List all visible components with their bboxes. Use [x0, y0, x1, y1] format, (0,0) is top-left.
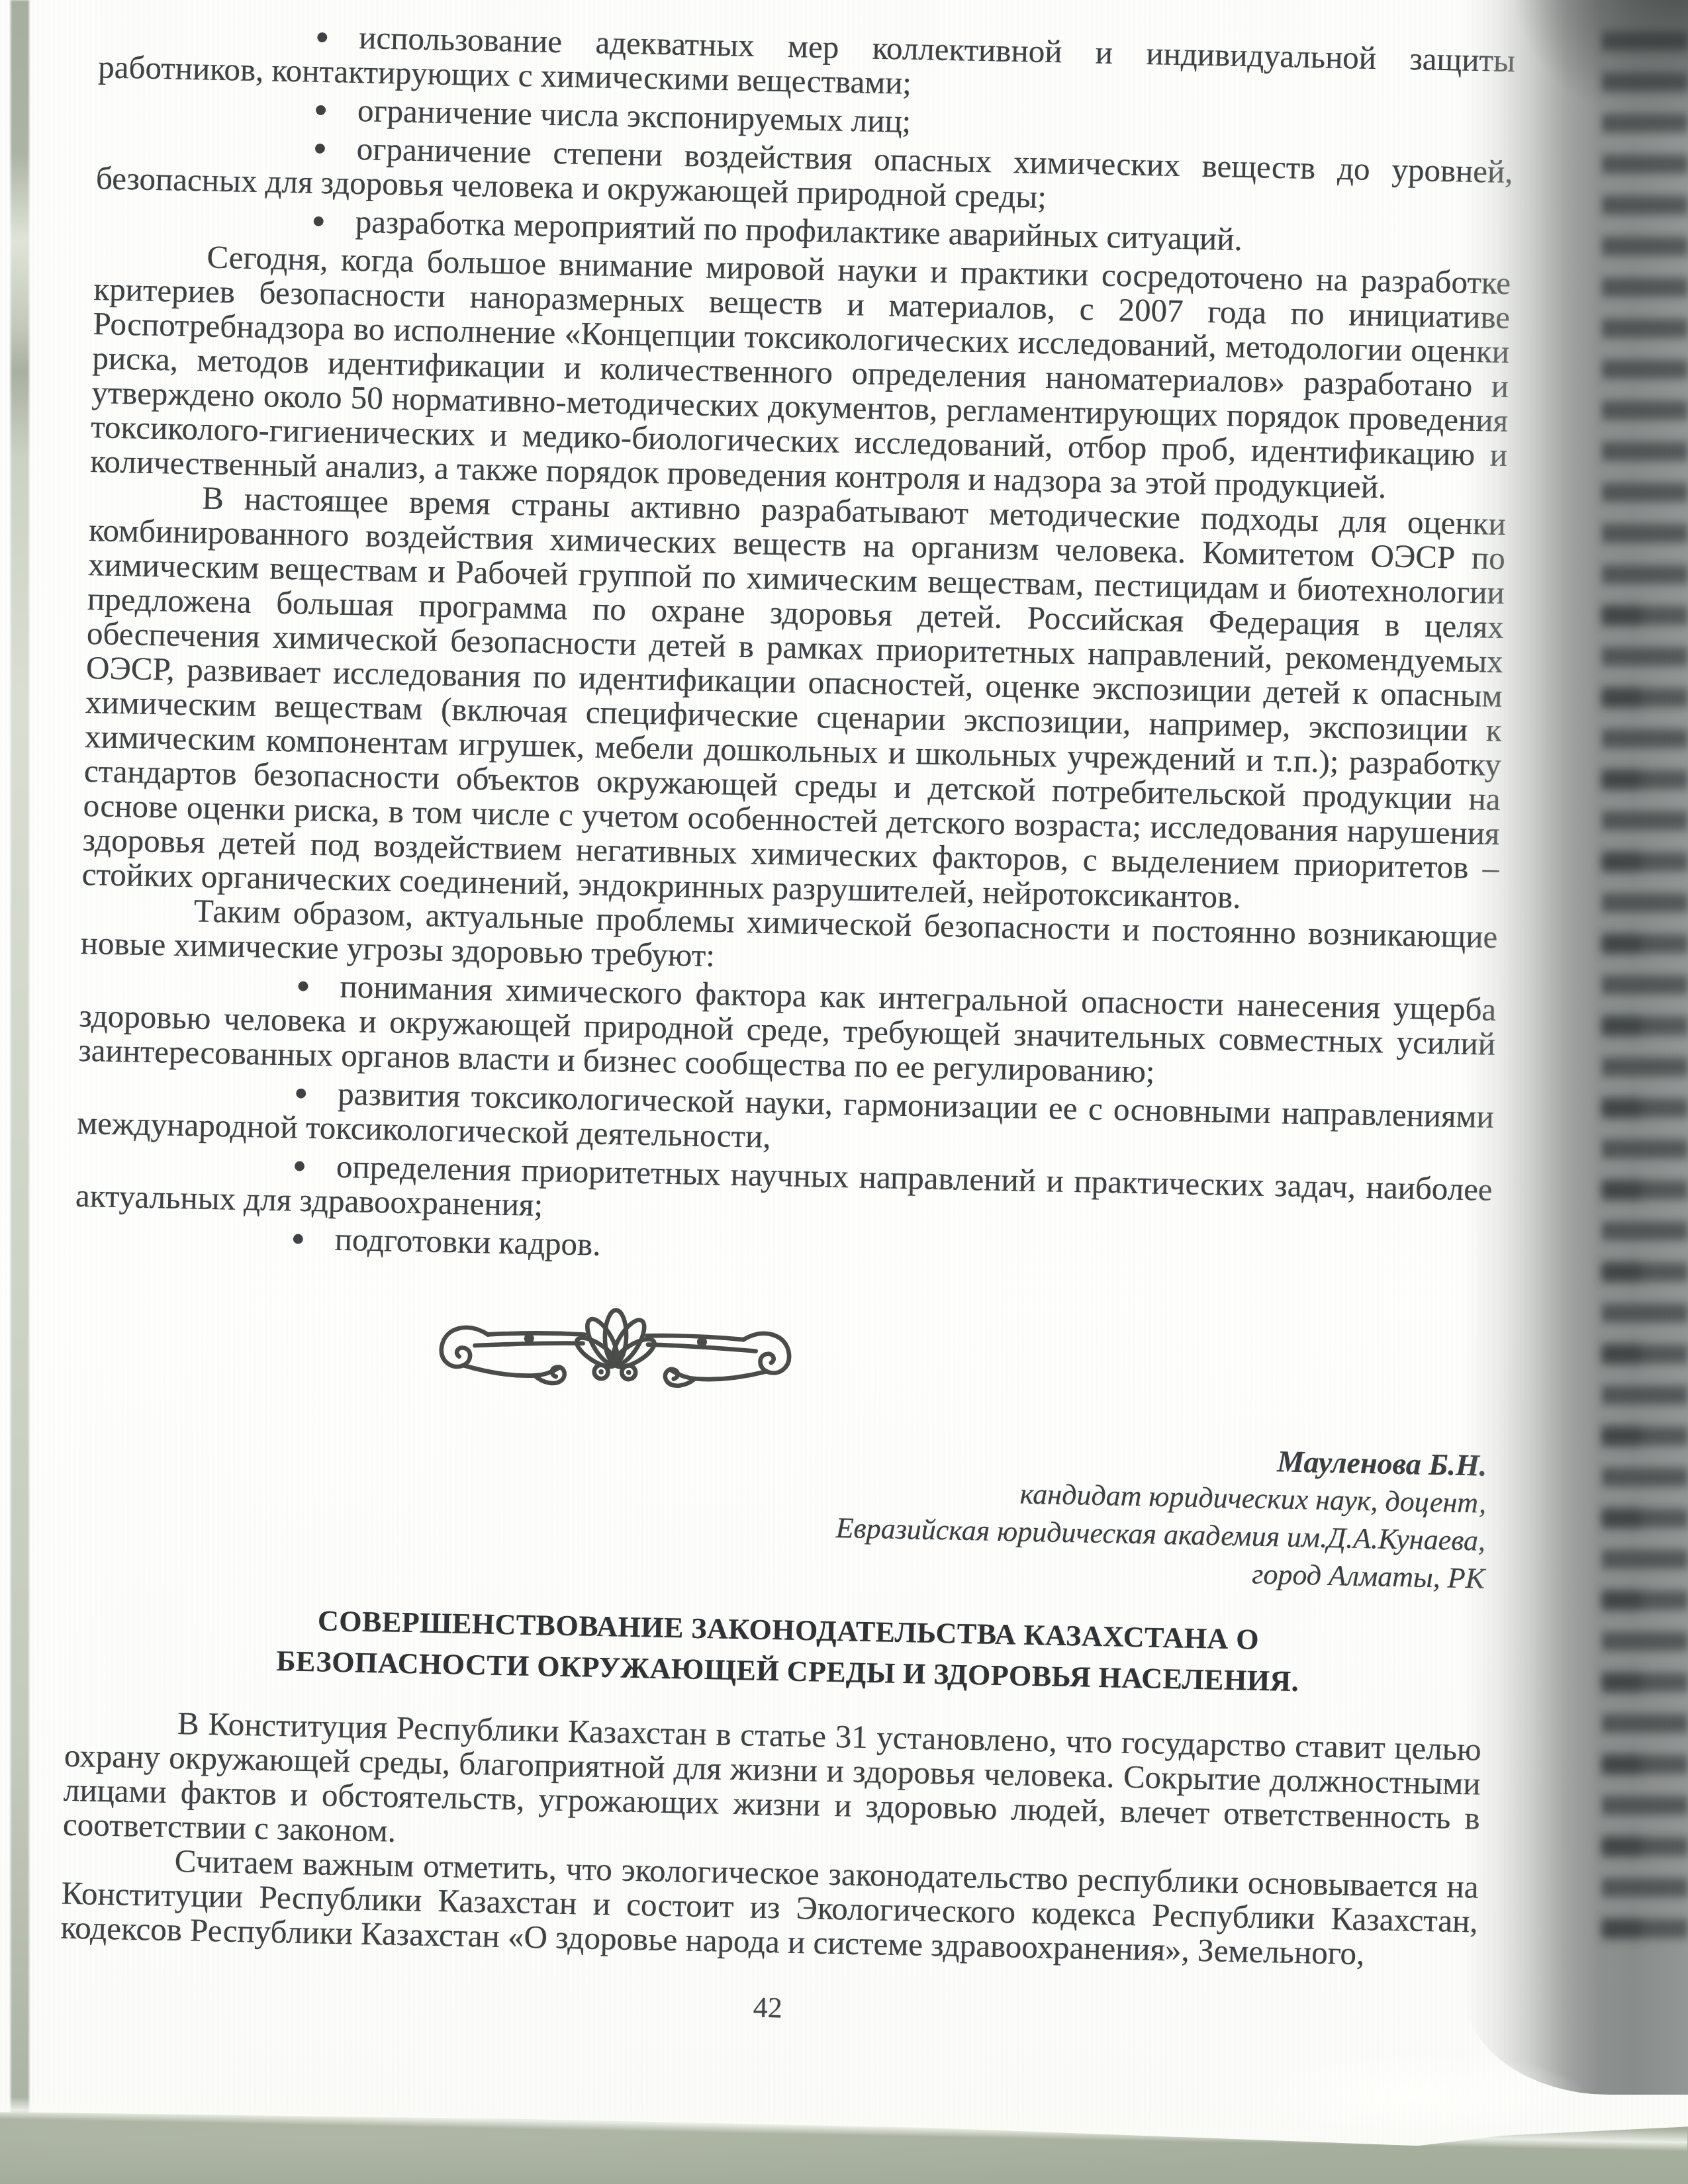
author-block: Мауленова Б.Н. кандидат юридических наук… [68, 1418, 1487, 1598]
bullet-dot-icon [296, 1089, 306, 1099]
scanner-edge-strip [11, 0, 29, 2184]
bullet-dot-icon [293, 1234, 303, 1244]
bullet-dot-icon [298, 981, 308, 991]
scanned-book-page: использование адекватных мер коллективно… [0, 0, 1688, 2184]
bullet-dot-icon [295, 1161, 305, 1171]
bullet-dot-icon [314, 216, 324, 226]
bullet-dot-icon [315, 144, 325, 154]
page-text-block: использование адекватных мер коллективно… [59, 11, 1515, 2039]
list-item-text: понимания химического фактора как интегр… [78, 968, 1497, 1090]
bullet-dot-icon [317, 32, 327, 42]
divider-ornament [429, 1298, 802, 1400]
adjacent-page-text-blur [1602, 582, 1642, 1952]
list-item-text: использование адекватных мер коллективно… [98, 19, 1516, 101]
article-title: СОВЕРШЕНСТВОВАНИЕ ЗАКОНОДАТЕЛЬСТВА КАЗАХ… [198, 1598, 1378, 1704]
body-paragraph: В настоящее время страны активно разраба… [81, 478, 1506, 920]
bullet-dot-icon [316, 105, 326, 115]
page-number: 42 [59, 1977, 1476, 2040]
list-item-text: подготовки кадров. [334, 1221, 601, 1263]
body-paragraph: Сегодня, когда большое внимание мировой … [90, 238, 1511, 507]
